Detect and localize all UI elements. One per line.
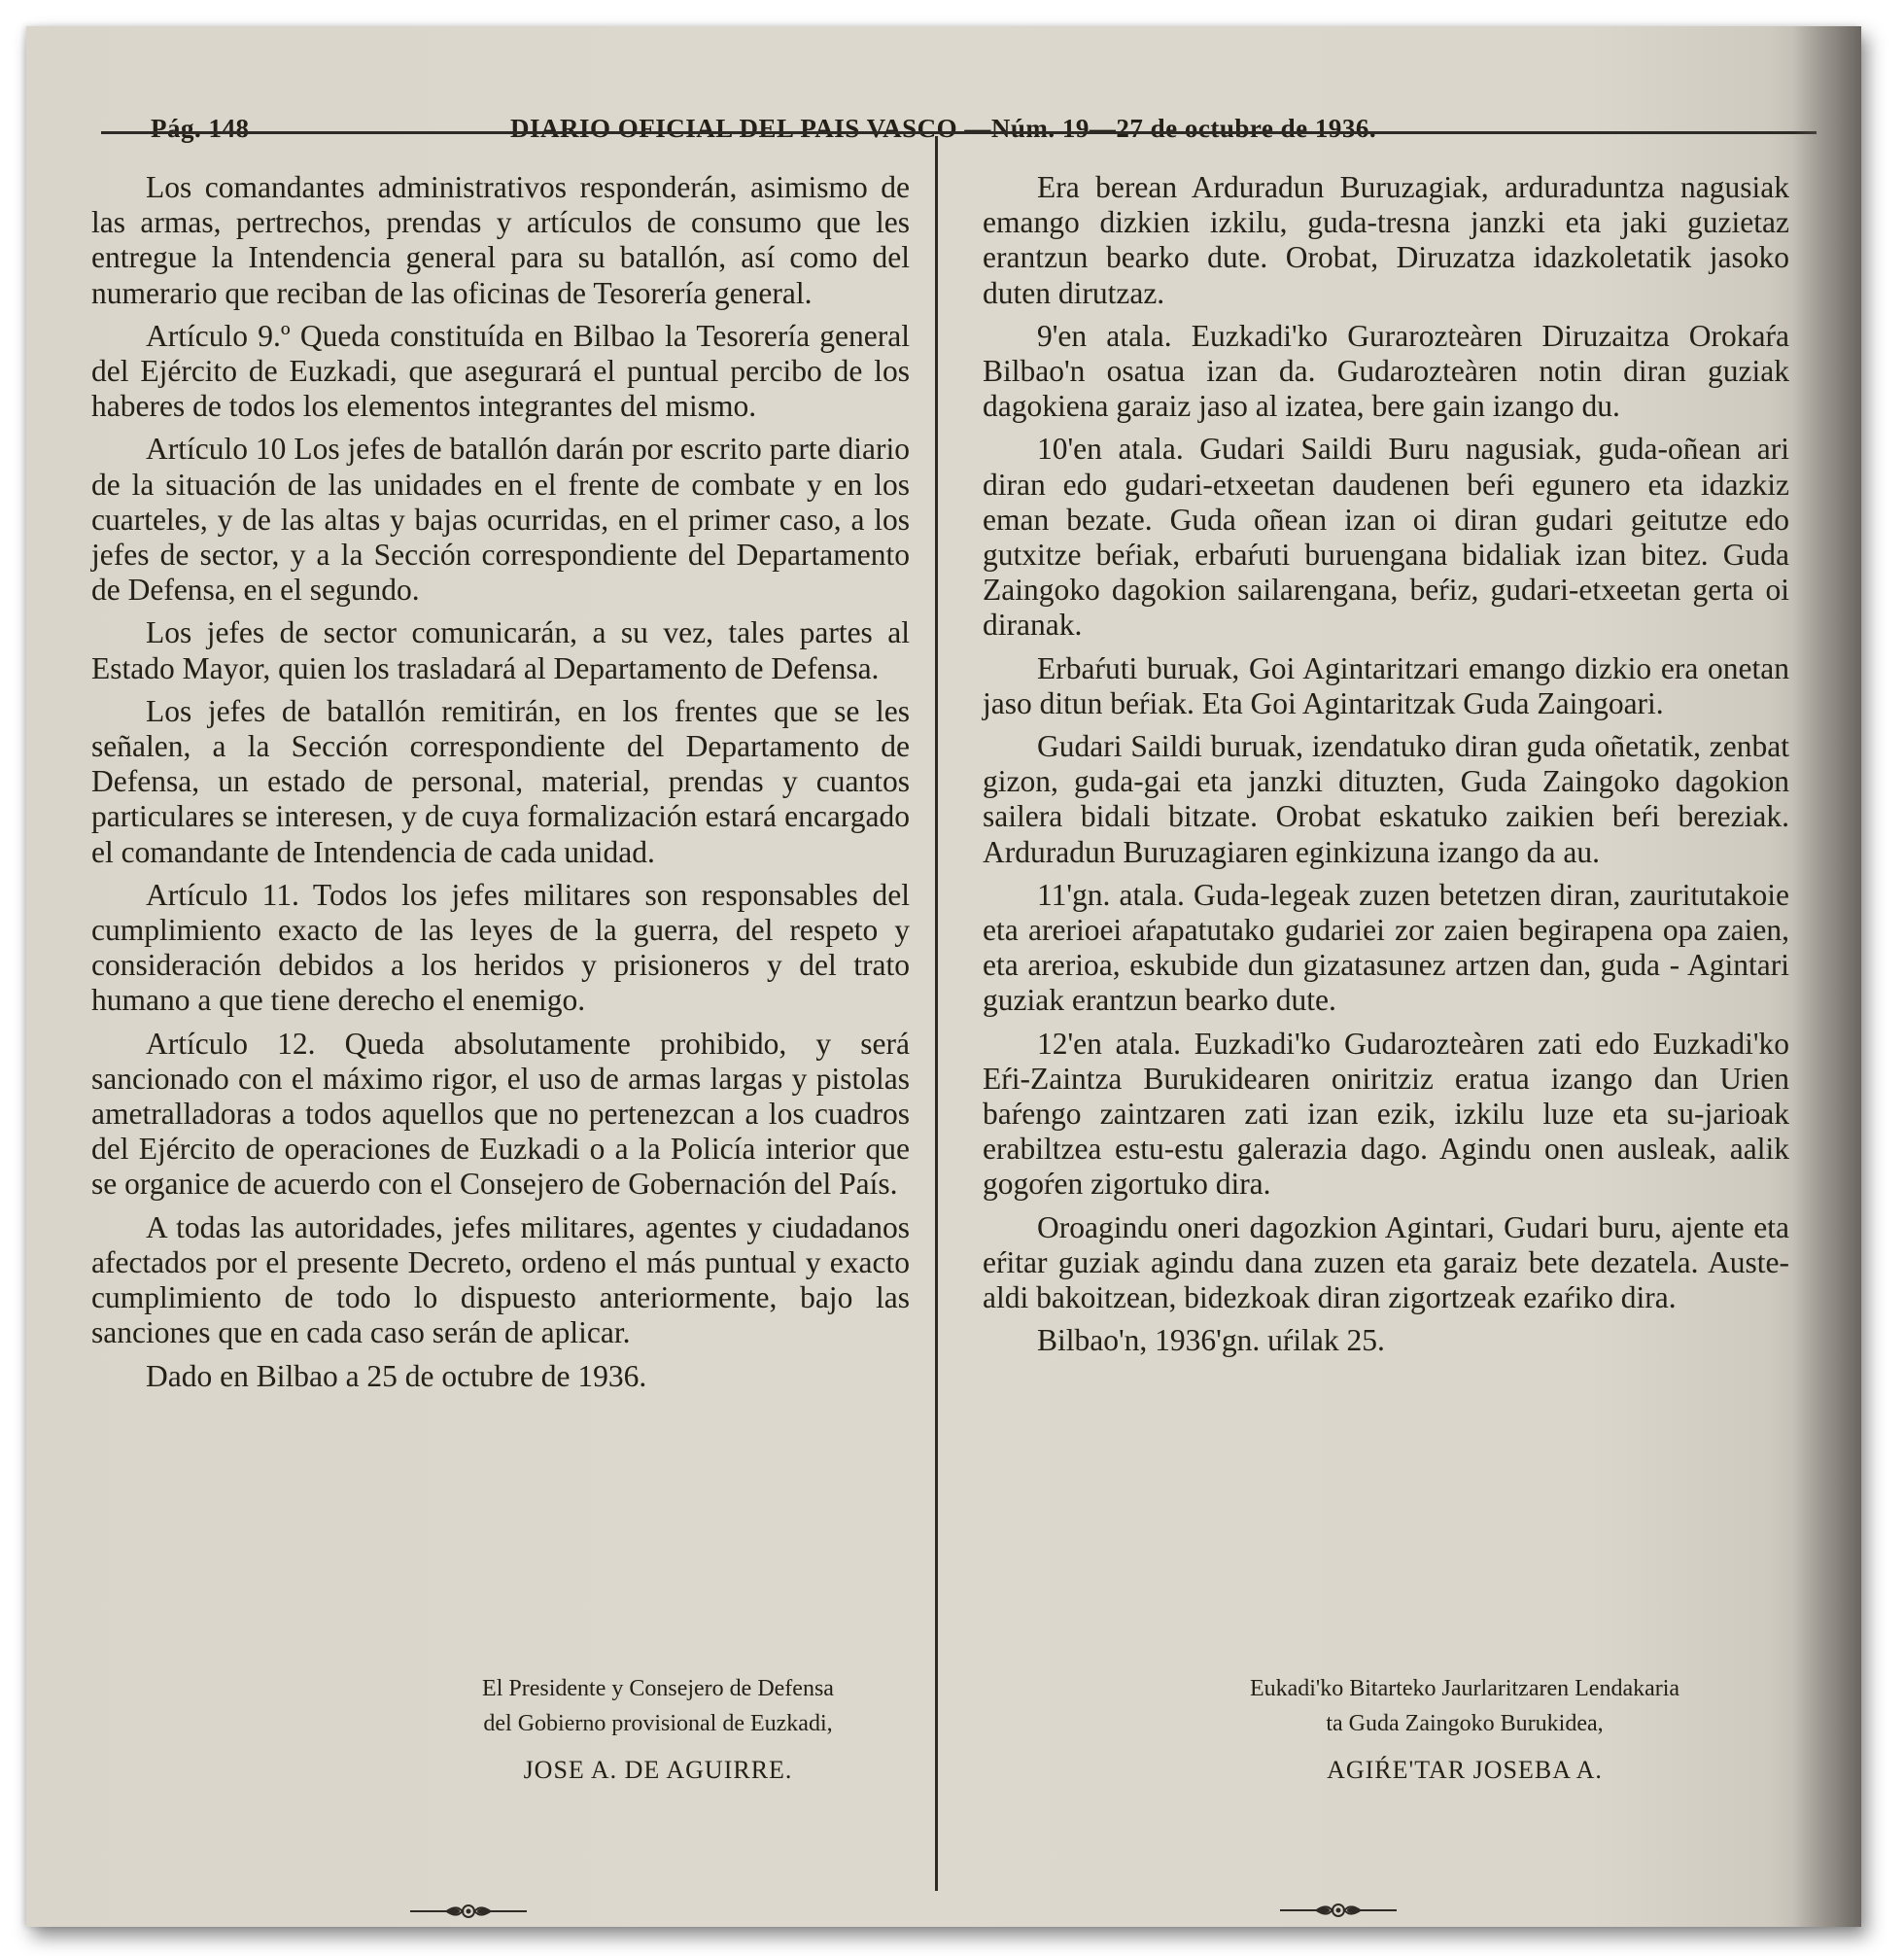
article-12: 12'en atala. Euzkadi'ko Gudarozteàren za… (983, 1027, 1789, 1203)
signature-block-spanish: El Presidente y Consejero de Defensa del… (415, 1671, 901, 1788)
closing-paragraph: A todas las autoridades, jefes militares… (91, 1210, 910, 1351)
page-header: Pág. 148 DIARIO OFICIAL DEL PAIS VASCO —… (121, 85, 1815, 143)
page-number: Pág. 148 (151, 114, 250, 144)
article-9: 9'en atala. Euzkadi'ko Gurarozteàren Dir… (983, 319, 1789, 425)
basque-column: Era berean Arduradun Buruzagiak, ardurad… (983, 170, 1789, 1367)
date-line: Dado en Bilbao a 25 de octubre de 1936. (91, 1359, 910, 1394)
ornament-flourish-icon (1280, 1902, 1397, 1919)
paragraph: Era berean Arduradun Buruzagiak, ardurad… (983, 170, 1789, 311)
publication-title: DIARIO OFICIAL DEL PAIS VASCO —Núm. 19—2… (510, 114, 1376, 144)
paragraph: Los comandantes administrativos responde… (91, 170, 910, 311)
article-11: Artículo 11. Todos los jefes militares s… (91, 878, 910, 1019)
signatory-name: AGIŔE'TAR JOSEBA A. (1173, 1753, 1756, 1788)
signatory-role: ta Guda Zaingoko Burukidea, (1173, 1706, 1756, 1741)
signatory-role: Eukadi'ko Bitarteko Jaurlaritzaren Lenda… (1173, 1671, 1756, 1706)
article-11: 11'gn. atala. Guda-legeak zuzen betetzen… (983, 878, 1789, 1019)
column-divider (935, 136, 938, 1891)
date-line: Bilbao'n, 1936'gn. uŕilak 25. (983, 1323, 1789, 1358)
document-page: Pág. 148 DIARIO OFICIAL DEL PAIS VASCO —… (26, 26, 1861, 1927)
article-9: Artículo 9.º Queda constituída en Bilbao… (91, 319, 910, 425)
article-12: Artículo 12. Queda absolutamente prohibi… (91, 1027, 910, 1203)
signatory-role: El Presidente y Consejero de Defensa (415, 1671, 901, 1706)
paragraph: Gudari Saildi buruak, izendatuko diran g… (983, 729, 1789, 870)
paragraph: Los jefes de batallón remitirán, en los … (91, 694, 910, 870)
article-10: 10'en atala. Gudari Saildi Buru nagusiak… (983, 432, 1789, 643)
signatory-role: del Gobierno provisional de Euzkadi, (415, 1706, 901, 1741)
signatory-name: JOSE A. DE AGUIRRE. (415, 1753, 901, 1788)
spanish-column: Los comandantes administrativos responde… (91, 170, 910, 1402)
paragraph: Los jefes de sector comunicarán, a su ve… (91, 615, 910, 685)
signature-block-basque: Eukadi'ko Bitarteko Jaurlaritzaren Lenda… (1173, 1671, 1756, 1788)
paragraph: Erbaŕuti buruak, Goi Agintaritzari emang… (983, 651, 1789, 721)
header-rule (101, 131, 1817, 134)
article-10: Artículo 10 Los jefes de batallón darán … (91, 432, 910, 608)
ornament-flourish-icon (410, 1903, 527, 1920)
closing-paragraph: Oroagindu oneri dagozkion Agintari, Guda… (983, 1210, 1789, 1316)
